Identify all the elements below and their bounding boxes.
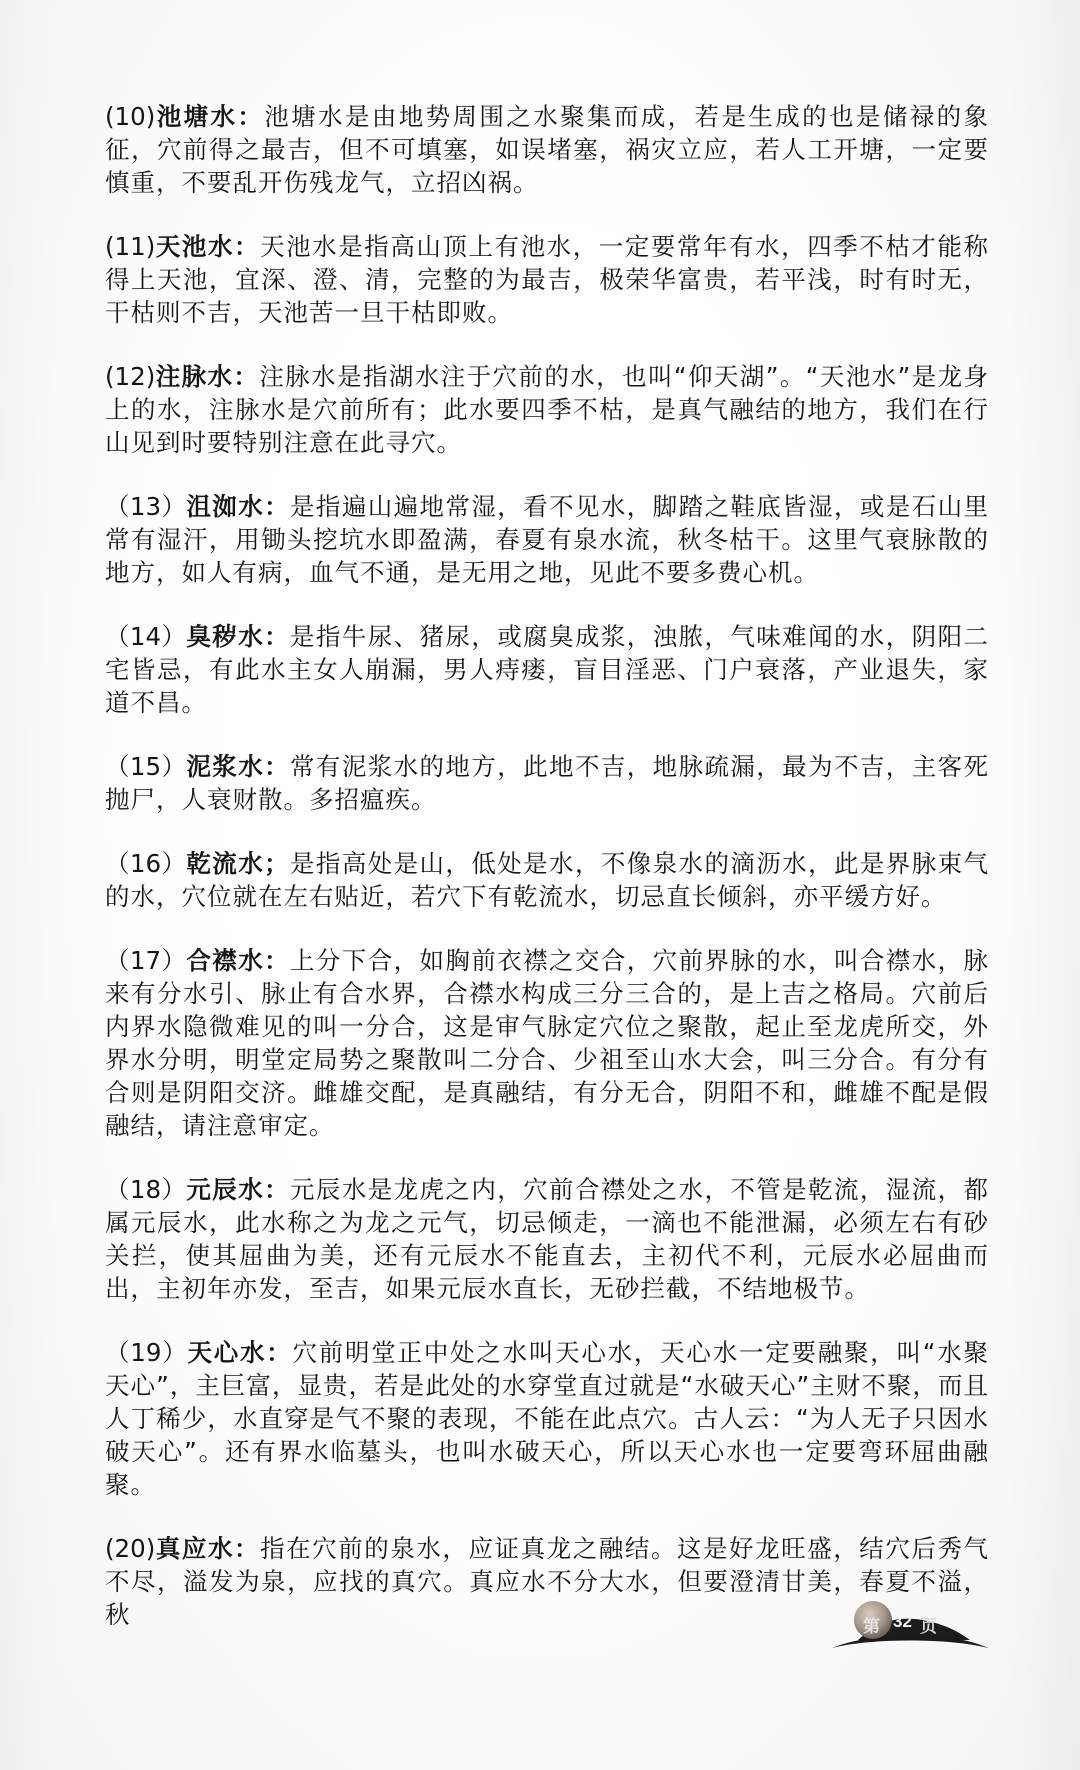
page-suffix: 页 (920, 1612, 937, 1637)
page-number: 32 (893, 1612, 912, 1632)
paragraph-10: (10)池塘水：池塘水是由地势周围之水聚集而成，若是生成的也是储禄的象征，穴前得… (105, 100, 989, 199)
item-term: 泥浆水： (186, 752, 290, 781)
page-edge-shadow-left (0, 0, 60, 1770)
item-term: 池塘水： (155, 102, 264, 131)
item-term: 天池水： (155, 232, 260, 261)
item-term: 臭秽水： (186, 622, 290, 651)
item-number: （18） (105, 1175, 186, 1204)
item-number: (11) (105, 232, 155, 261)
item-number: （13） (105, 492, 186, 521)
item-term: 乾流水； (186, 849, 289, 878)
paragraph-12: (12)注脉水：注脉水是指湖水注于穴前的水，也叫“仰天湖”。“天池水”是龙身上的… (105, 360, 989, 459)
paragraph-17: （17）合襟水：上分下合，如胸前衣襟之交合，穴前界脉的水，叫合襟水，脉来有分水引… (105, 944, 989, 1142)
page-number-badge: 第 32 页 (830, 1596, 990, 1656)
paragraph-18: （18）元辰水：元辰水是龙虎之内，穴前合襟处之水，不管是乾流，湿流，都属元辰水，… (105, 1173, 989, 1305)
item-term: 真应水： (155, 1534, 260, 1563)
paragraph-11: (11)天池水：天池水是指高山顶上有池水，一定要常年有水，四季不枯才能称得上天池… (105, 230, 989, 329)
page-prefix: 第 (863, 1612, 880, 1637)
item-term: 合襟水： (186, 946, 290, 975)
paragraph-19: （19）天心水：穴前明堂正中处之水叫天心水，天心水一定要融聚，叫“水聚天心”，主… (105, 1336, 989, 1501)
page-edge-shadow-right (1010, 0, 1080, 1770)
item-term: 沮洳水： (186, 492, 290, 521)
paragraph-16: （16）乾流水；是指高处是山，低处是水，不像泉水的滴沥水，此是界脉束气的水，穴位… (105, 847, 989, 913)
item-number: (20) (105, 1534, 155, 1563)
book-page: (10)池塘水：池塘水是由地势周围之水聚集而成，若是生成的也是储禄的象征，穴前得… (0, 0, 1080, 1770)
paragraph-14: （14）臭秽水：是指牛尿、猪尿，或腐臭成浆，浊脓，气味难闻的水，阴阳二宅皆忌，有… (105, 620, 989, 719)
item-term: 元辰水： (186, 1175, 290, 1204)
item-term: 天心水： (187, 1338, 292, 1367)
item-number: (10) (105, 102, 155, 131)
page-body: (10)池塘水：池塘水是由地势周围之水聚集而成，若是生成的也是储禄的象征，穴前得… (105, 100, 989, 1662)
item-term: 注脉水： (155, 362, 259, 391)
item-number: （17） (105, 946, 186, 975)
paragraph-15: （15）泥浆水：常有泥浆水的地方，此地不吉，地脉疏漏，最为不吉，主客死抛尸，人衰… (105, 750, 989, 816)
item-number: （19） (105, 1338, 187, 1367)
page-number-label: 第 32 页 (830, 1612, 990, 1636)
item-number: （15） (105, 752, 186, 781)
item-text: 上分下合，如胸前衣襟之交合，穴前界脉的水，叫合襟水，脉来有分水引、脉止有合水界，… (105, 946, 989, 1140)
item-number: (12) (105, 362, 155, 391)
paragraph-13: （13）沮洳水：是指遍山遍地常湿，看不见水，脚踏之鞋底皆湿，或是石山里常有湿汗，… (105, 490, 989, 589)
item-number: （14） (105, 622, 186, 651)
item-number: （16） (105, 849, 186, 878)
